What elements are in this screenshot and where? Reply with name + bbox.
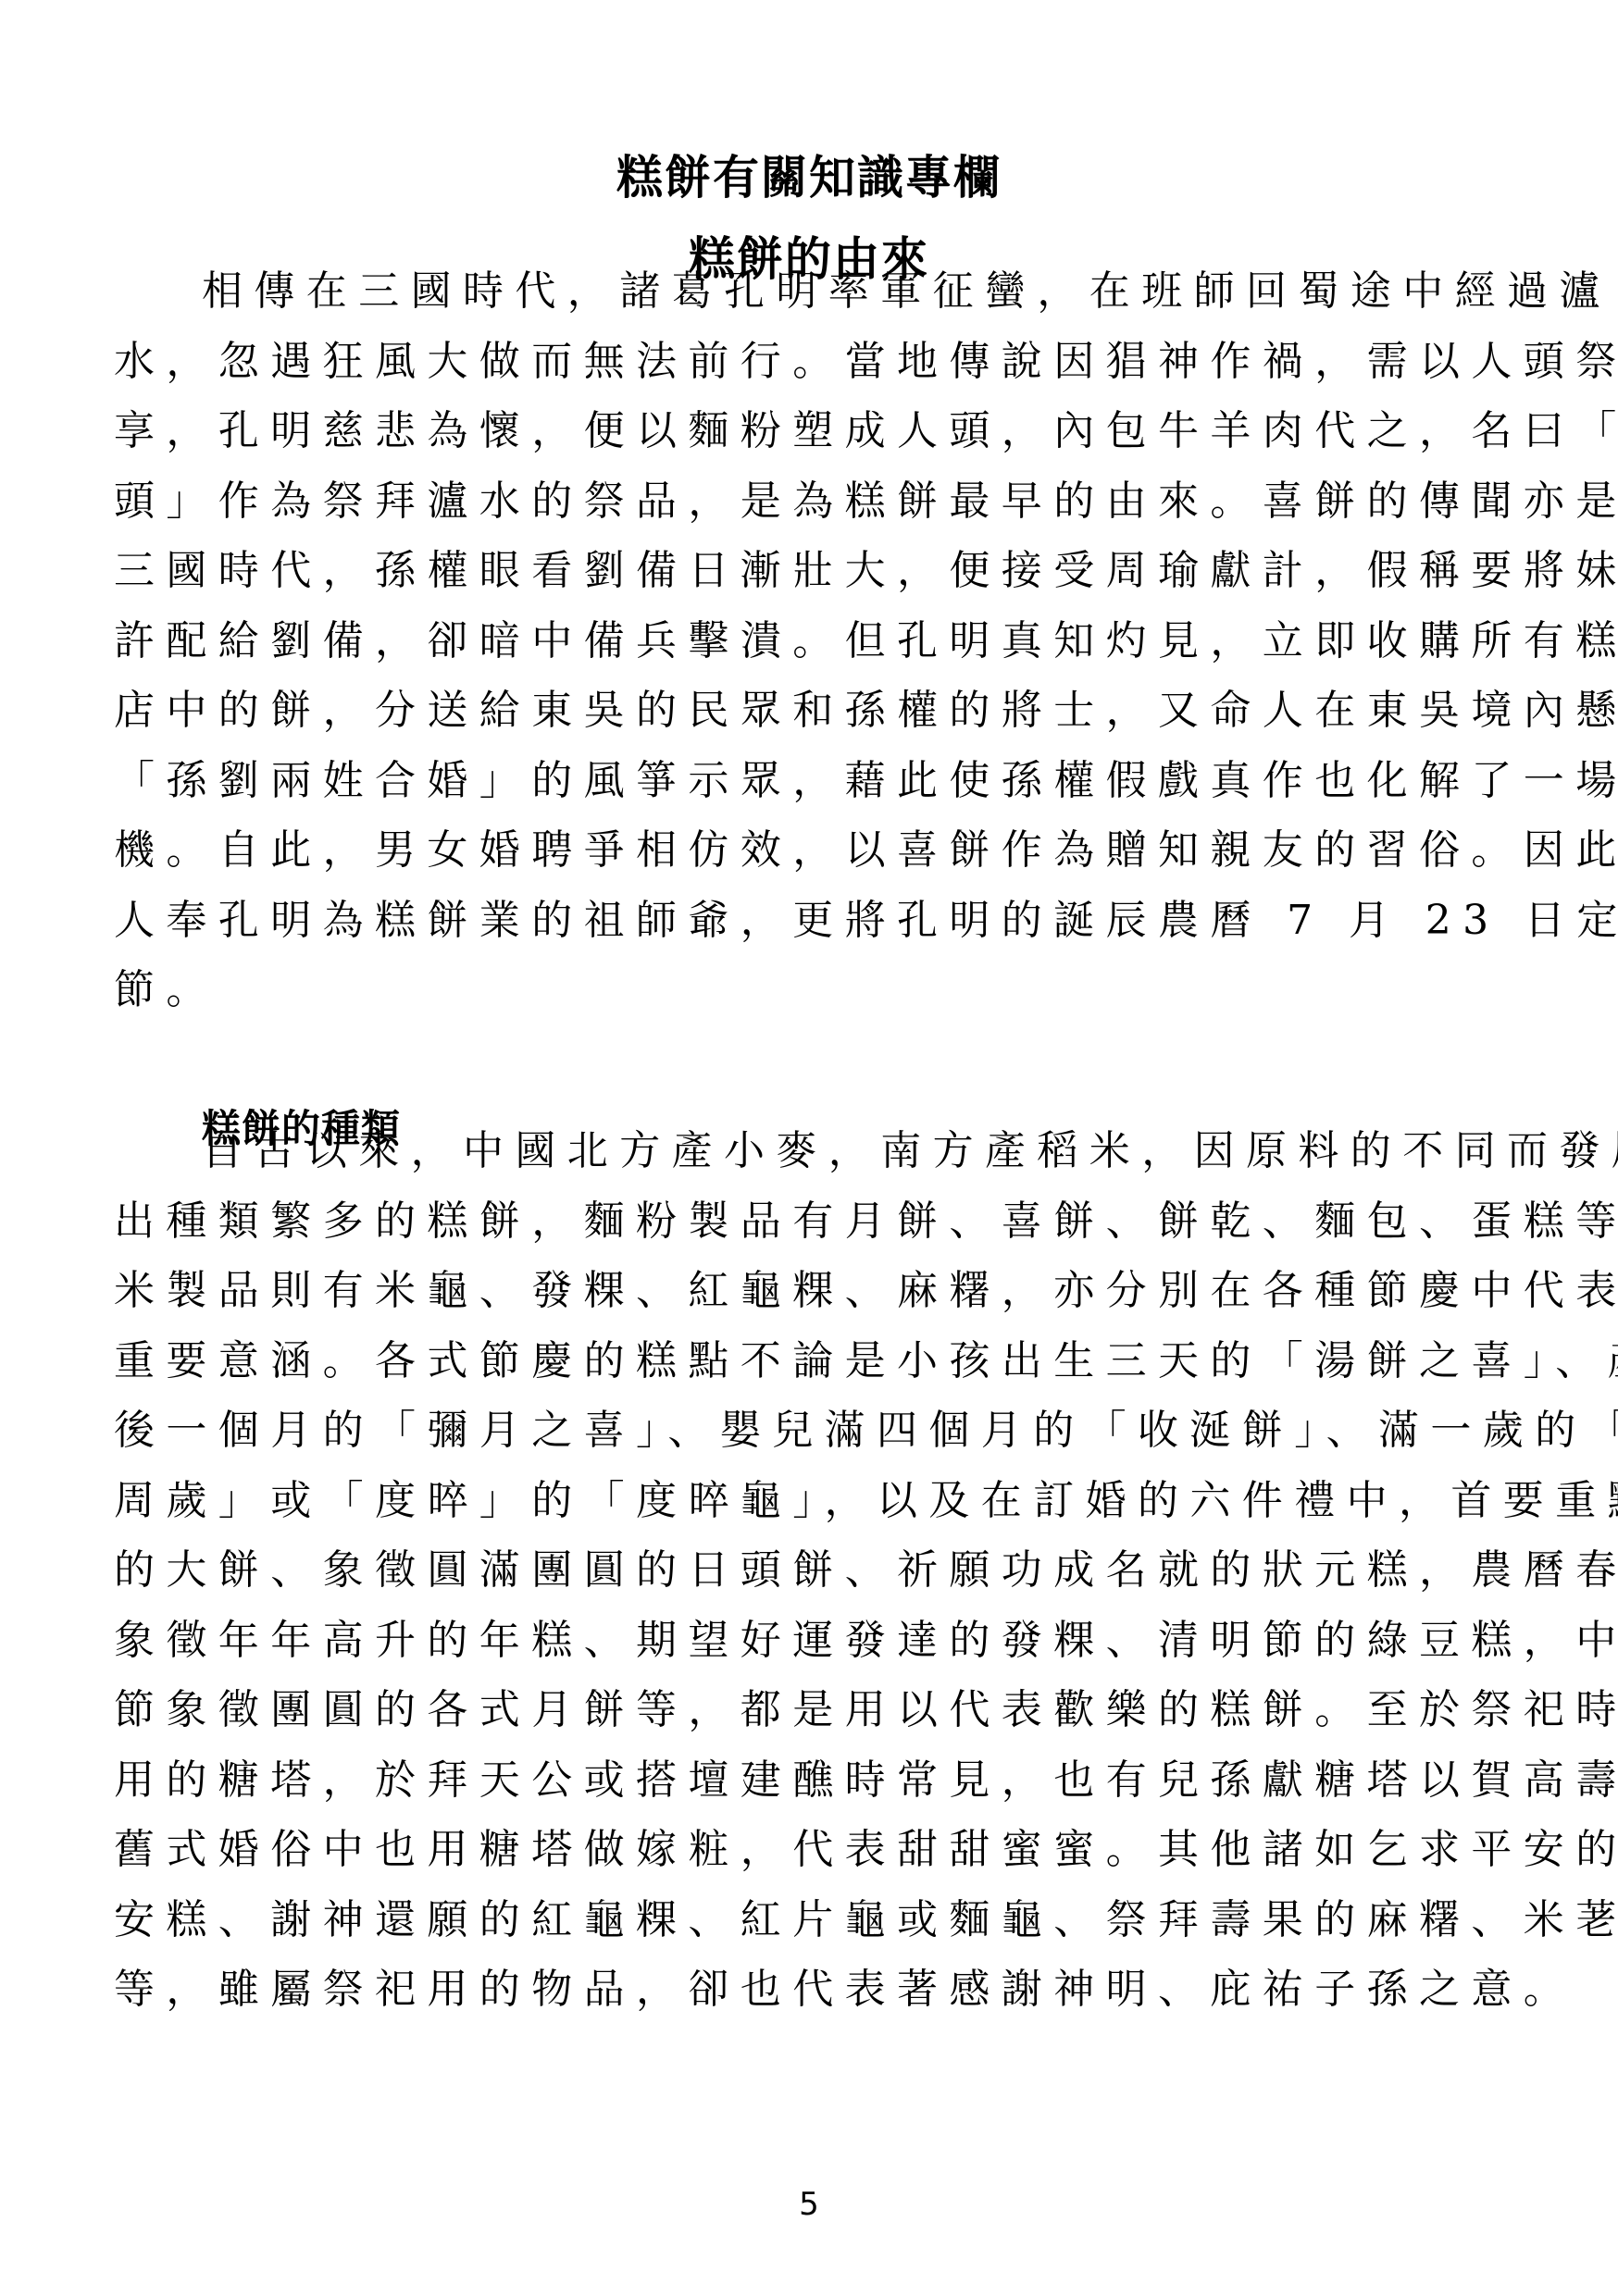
body-line: 後一個月的「彌月之喜」、嬰兒滿四個月的「收涎餅」、滿一歲的「做	[114, 1396, 1508, 1466]
body-line: 出種類繁多的糕餅，麵粉製品有月餅、喜餅、餅乾、麵包、蛋糕等；	[114, 1186, 1508, 1257]
body-line: 水，忽遇狂風大做而無法前行。當地傳說因猖神作禍，需以人頭祭	[114, 327, 1508, 397]
body-line: 三國時代，孫權眼看劉備日漸壯大，便接受周瑜獻計，假稱要將妹妹	[114, 536, 1508, 606]
body-line: 周歲」或「度晬」的「度晬龜」，以及在訂婚的六件禮中，首要重點	[114, 1466, 1508, 1536]
body-line: 等，雖屬祭祀用的物品，卻也代表著感謝神明、庇祐子孫之意。	[114, 1955, 1508, 2025]
body-line: 用的糖塔，於拜天公或搭壇建醮時常見，也有兒孫獻糖塔以賀高壽，	[114, 1745, 1508, 1816]
section-types-body: 自古以來，中國北方產小麥，南方產稻米，因原料的不同而發展 出種類繁多的糕餅，麵粉…	[114, 1116, 1508, 2025]
body-line: 機。自此，男女婚聘爭相仿效，以喜餅作為贈知親友的習俗。因此後	[114, 815, 1508, 886]
body-line: 重要意涵。各式節慶的糕點不論是小孩出生三天的「湯餅之喜」、產	[114, 1326, 1508, 1396]
body-line: 象徵年年高升的年糕、期望好運發達的發粿、清明節的綠豆糕，中秋	[114, 1606, 1508, 1676]
body-line: 節象徵團圓的各式月餅等，都是用以代表歡樂的糕餅。至於祭祀時使	[114, 1675, 1508, 1745]
body-line: 米製品則有米龜、發粿、紅龜粿、麻糬，亦分別在各種節慶中代表著	[114, 1256, 1508, 1326]
body-line: 安糕、謝神還願的紅龜粿、紅片龜或麵龜、祭拜壽果的麻糬、米荖	[114, 1885, 1508, 1955]
body-line: 店中的餅，分送給東吳的民眾和孫權的將士，又命人在東吳境內懸放	[114, 676, 1508, 746]
page-title: 糕餅有關知識專欄	[0, 150, 1618, 205]
body-line: 享，孔明慈悲為懷，便以麵粉塑成人頭，內包牛羊肉代之，名曰「饅	[114, 396, 1508, 466]
page-number: 5	[0, 2186, 1618, 2223]
body-line: 「孫劉兩姓合婚」的風箏示眾，藉此使孫權假戲真作也化解了一場危	[114, 746, 1508, 816]
body-line: 許配給劉備，卻暗中備兵擊潰。但孔明真知灼見，立即收購所有糕餅	[114, 606, 1508, 676]
body-line: 的大餅、象徵圓滿團圓的日頭餅、祈願功成名就的狀元糕，農曆春節	[114, 1535, 1508, 1606]
document-page: 糕餅有關知識專欄 糕餅的由來 相傳在三國時代，諸葛孔明率軍征蠻，在班師回蜀途中經…	[0, 0, 1618, 2296]
body-line: 自古以來，中國北方產小麥，南方產稻米，因原料的不同而發展	[114, 1116, 1508, 1186]
section-origin-body: 相傳在三國時代，諸葛孔明率軍征蠻，在班師回蜀途中經過瀘 水，忽遇狂風大做而無法前…	[114, 256, 1508, 1025]
body-line: 節。	[114, 955, 1508, 1025]
body-line: 人奉孔明為糕餅業的祖師爺，更將孔明的誕辰農曆 7 月 23 日定為糕餅	[114, 886, 1508, 956]
body-line: 相傳在三國時代，諸葛孔明率軍征蠻，在班師回蜀途中經過瀘	[114, 256, 1508, 327]
body-line: 舊式婚俗中也用糖塔做嫁粧，代表甜甜蜜蜜。其他諸如乞求平安的平	[114, 1815, 1508, 1885]
body-line: 頭」作為祭拜瀘水的祭品，是為糕餅最早的由來。喜餅的傳聞亦是在	[114, 466, 1508, 537]
